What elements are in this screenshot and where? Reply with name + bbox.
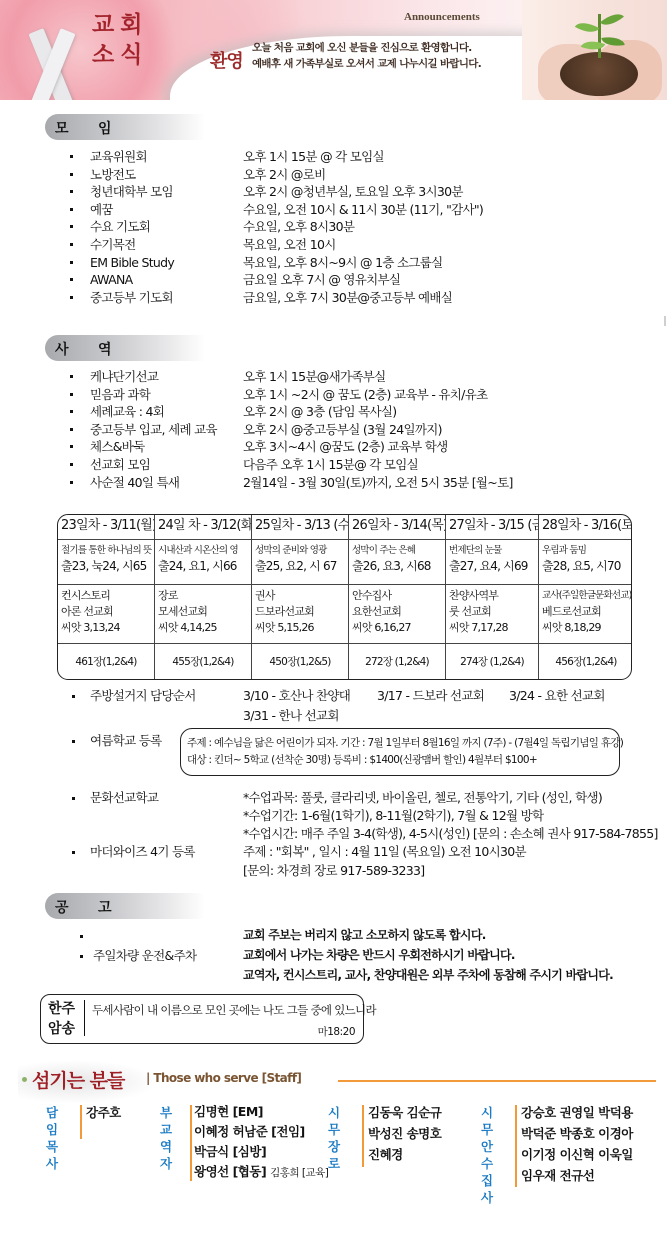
reading-ref: 출25, 요2, 시 67 [255,558,345,574]
table-header-cell: 26일차 - 3/14(목) [349,515,446,540]
label-line: 암송 [48,1019,80,1039]
table-header-cell: 24일 차 - 3/12(화) [155,515,252,540]
item-label: EM Bible Study [90,254,174,272]
seed-numbers: 씨앗 8,18,29 [542,620,630,636]
table-cell-leader: 안수집사요한선교회씨앗 6,16,27 [349,585,446,644]
staff-names: 김동욱 김순규 박성진 송명호 진혜경 [368,1102,441,1165]
leader-group: 드보라선교회 [255,604,345,620]
item-value: 오후 3시~4시 @꿈도 (2층) 교육부 학생 [243,438,448,456]
culture-school-line: *수업기간: 1-6월(1학기), 8-11월(2학기), 7월 & 12월 방… [243,806,543,824]
divider [80,1105,82,1139]
item-value: 오후 1시 15분 @ 각 모임실 [243,148,384,166]
bullet-icon [70,261,73,264]
bullet-icon [70,428,73,431]
item-label: 중고등부 기도회 [90,289,173,307]
reading-theme: 시내산과 시온산의 영 [158,543,248,558]
heading-char: 공 [55,897,69,917]
memory-verse-label: 한주 암송 [48,999,80,1039]
reading-ref: 출26, 요3, 시68 [352,558,442,574]
bullet-icon [70,278,73,281]
staff-subtitle: | Those who serve [Staff] [146,1071,301,1085]
staff-names: 김명현 [EM] 이혜정 허남준 [전임] 박금식 [심방] 왕영선 [협동]김… [194,1102,328,1183]
item-value: 수요일, 오후 8시30분 [243,218,354,236]
bullet-icon [70,393,73,396]
bullet-icon [72,797,75,800]
seed-numbers: 씨앗 7,17,28 [449,620,535,636]
divider [515,1105,517,1187]
table-cell-hymn: 274장 (1,2&4) [446,644,539,680]
reading-theme: 성막이 주는 은혜 [352,543,442,558]
item-label: 케냐단기선교 [90,368,158,386]
reading-ref: 출24, 요1, 시66 [158,558,248,574]
table-cell-hymn: 272장 (1,2&4) [349,644,446,680]
divider-line [338,1080,656,1082]
bullet-icon [72,851,75,854]
table-cell-reading: 시내산과 시온산의 영출24, 요1, 시66 [155,540,252,585]
header-banner: 교회 소식 Announcements 환영 오늘 처음 교회에 오신 분들을 … [0,0,667,100]
memory-verse-text: 두세사람이 내 이름으로 모인 곳에는 나도 그들 중에 있느니라 [92,1002,376,1018]
bullet-icon [70,208,73,211]
divider [190,1105,192,1181]
announcements-label: Announcements [404,11,480,23]
item-label: 세례교육 : 4회 [90,403,164,421]
heading-char: 고 [98,897,112,917]
table-header-cell: 27일차 - 3/15 (금) [446,515,539,540]
item-value: 금요일 오후 7시 @ 영유치부실 [243,271,400,289]
welcome-line-1: 오늘 처음 교회에 오신 분들을 진심으로 환영합니다. [252,40,481,56]
staff-names: 강주호 [86,1102,121,1123]
seedling-hands-image [522,0,667,100]
section-header-ministry: 사 역 [45,335,205,361]
table-cell-reading: 성막의 준비와 영광출25, 요2, 시 67 [252,540,349,585]
item-value: 2월14일 - 3월 30일(토)까지, 오전 5시 35분 [월~토] [243,474,513,492]
bullet-icon [70,155,73,158]
item-label: 중고등부 입교, 세례 교육 [90,421,217,439]
staff-title: 섬기는 분들 [32,1066,124,1093]
table-cell-leader: 장로모세선교회씨앗 4,14,25 [155,585,252,644]
item-label: 믿음과 과학 [90,386,150,404]
bullet-icon [70,243,73,246]
leader-group: 아론 선교회 [61,604,151,620]
scrollbar-marker[interactable] [664,316,666,326]
bullet-icon [70,445,73,448]
reading-theme: 절기를 통한 하나님의 뜻 [61,543,151,558]
kitchen-duty-entry: 3/24 - 요한 선교회 [509,686,605,704]
summer-school-line: 주제 : 예수님을 닮은 어린이가 되자. 기간 : 7월 1일부터 8월16일… [187,735,619,752]
divider [84,1000,85,1036]
welcome-line-2: 예배후 새 가족부실로 오셔서 교제 나누시길 바랍니다. [252,56,481,72]
leader-group: 룻 선교회 [449,604,535,620]
bullet-icon [70,173,73,176]
staff-role: 시 무장 로 [328,1104,341,1172]
item-value: 목요일, 오전 10시 [243,236,336,254]
bullet-dot-icon [22,1077,27,1082]
bullet-icon [80,935,83,938]
table-cell-leader: 컨시스토리아론 선교회씨앗 3,13,24 [58,585,155,644]
kitchen-duty-label: 주방설거지 담당순서 [90,686,196,704]
staff-names: 강승호 권영일 박덕용 박덕준 박종호 이경아 이기정 이신혁 이욱일 임우재 … [521,1102,633,1186]
item-label: 교육위원회 [90,148,147,166]
item-value: 다음주 오후 1시 15분@ 각 모임실 [243,456,418,474]
kitchen-duty-entry: 3/17 - 드보라 선교회 [377,686,484,704]
table-header-cell: 25일차 - 3/13 (수) [252,515,349,540]
reading-ref: 출27, 요4, 시69 [449,558,535,574]
leader-role: 교사(주일한글문화선교) [542,588,630,604]
item-value: 오후 2시 @ 3층 (담임 목사실) [243,403,396,421]
notice-line: 교역자, 컨시스트리, 교사, 찬양대원은 외부 주차에 동참해 주시기 바랍니… [243,966,613,983]
cross-decoration-icon [28,32,74,100]
leader-group: 모세선교회 [158,604,248,620]
reading-ref: 출28, 요5, 시70 [542,558,630,574]
item-label: 선교회 모임 [90,456,150,474]
label-line: 한주 [48,999,80,1019]
title-line-1: 교회 [92,10,152,40]
reading-theme: 우림과 둠밈 [542,543,630,558]
notice-line: 교회에서 나가는 차량은 반드시 우회전하시기 바랍니다. [243,946,515,963]
staff-role: 부교역자 [160,1104,173,1172]
table-cell-reading: 우림과 둠밈출28, 요5, 시70 [539,540,632,585]
heading-char: 역 [98,339,112,359]
item-value: 오후 2시 @청년부실, 토요일 오후 3시30분 [243,183,463,201]
leader-role: 컨시스토리 [61,588,151,604]
table-header-cell: 28일차 - 3/16(토) [539,515,632,540]
table-cell-leader: 권사드보라선교회씨앗 5,15,26 [252,585,349,644]
item-label: 사순절 40일 특새 [90,474,179,492]
reading-theme: 성막의 준비와 영광 [255,543,345,558]
item-label: 수기목전 [90,236,136,254]
item-value: 목요일, 오후 8시~9시 @ 1층 소그룹실 [243,254,442,272]
table-cell-hymn: 450장(1,2&5) [252,644,349,680]
item-label: 체스&바둑 [90,438,145,456]
welcome-message: 오늘 처음 교회에 오신 분들을 진심으로 환영합니다. 예배후 새 가족부실로… [252,40,481,72]
bullet-icon [72,695,75,698]
item-value: 오후 1시 ~2시 @ 꿈도 (2층) 교육부 - 유치/유초 [243,386,487,404]
welcome-word: 환영 [210,47,243,73]
seed-numbers: 씨앗 3,13,24 [61,620,151,636]
bullet-icon [70,296,73,299]
parking-label: 주일차량 운전&주차 [93,946,196,964]
item-value: 금요일, 오후 7시 30분@중고등부 예배실 [243,289,452,307]
title-line-2: 소식 [92,40,152,70]
leader-role: 장로 [158,588,248,604]
seed-numbers: 씨앗 6,16,27 [352,620,442,636]
table-cell-leader: 교사(주일한글문화선교)베드로선교회씨앗 8,18,29 [539,585,632,644]
notice-line: 교회 주보는 버리지 않고 소모하지 않도록 합시다. [243,926,486,943]
culture-school-line: *수업시간: 매주 주일 3-4(학생), 4-5시(성인) [문의 : 손소혜… [243,824,658,842]
seed-numbers: 씨앗 4,14,25 [158,620,248,636]
bullet-icon [70,410,73,413]
mothers-wise-label: 마더와이즈 4기 등록 [90,842,195,860]
memory-verse-reference: 마18:20 [318,1024,355,1039]
summer-school-label: 여름학교 등록 [90,731,162,749]
bullet-icon [70,225,73,228]
item-label: 노방전도 [90,166,136,184]
divider [362,1105,364,1167]
bullet-icon [70,463,73,466]
item-value: 수요일, 오전 10시 & 11시 30분 (11기, "감사") [243,201,483,219]
seed-numbers: 씨앗 5,15,26 [255,620,345,636]
mothers-wise-line: [문의: 차경희 장로 917-589-3233] [243,861,424,879]
item-label: 청년대학부 모임 [90,183,173,201]
table-cell-leader: 찬양사역부룻 선교회씨앗 7,17,28 [446,585,539,644]
leader-group: 베드로선교회 [542,604,630,620]
item-label: AWANA [90,271,133,289]
table-cell-hymn: 456장(1,2&4) [539,644,632,680]
staff-role: 시 무안 수집 사 [481,1104,494,1206]
kitchen-duty-entry: 3/10 - 호산나 찬양대 [243,686,350,704]
culture-school-line: *수업과목: 풀룻, 클라리넷, 바이올린, 첼로, 전통악기, 기타 (성인,… [243,788,602,806]
kitchen-duty-entry: 3/31 - 한나 선교회 [243,706,339,724]
table-cell-hymn: 461장(1,2&4) [58,644,155,680]
staff-section-header: 섬기는 분들 | Those who serve [Staff] [18,1066,658,1092]
bullet-icon [80,955,83,958]
lent-reading-table: 23일차 - 3/11(월) 24일 차 - 3/12(화) 25일차 - 3/… [57,514,632,680]
table-cell-reading: 절기를 통한 하나님의 뜻출23, 눅24, 시65 [58,540,155,585]
item-label: 예꿈 [90,201,113,219]
leader-role: 권사 [255,588,345,604]
heading-char: 모 [55,118,69,138]
item-value: 오후 1시 15분@새가족부실 [243,368,385,386]
section-header-notices: 공 고 [45,893,205,919]
table-header-cell: 23일차 - 3/11(월) [58,515,155,540]
table-cell-reading: 성막이 주는 은혜출26, 요3, 시68 [349,540,446,585]
bullet-icon [72,740,75,743]
section-header-meetings: 모 임 [45,114,205,140]
table-cell-hymn: 455장(1,2&4) [155,644,252,680]
reading-theme: 번제단의 눈물 [449,543,535,558]
page-title: 교회 소식 [92,10,152,70]
leader-role: 찬양사역부 [449,588,535,604]
item-value: 오후 2시 @중고등부실 (3월 24일까지) [243,421,442,439]
item-value: 오후 2시 @로비 [243,166,325,184]
mothers-wise-line: 주제 : "회복" , 일시 : 4월 11일 (목요일) 오전 10시30분 [243,842,526,860]
summer-school-line: 대상 : 킨더~ 5학교 (선착순 30명) 등록비 : $1400(신광맴버 … [187,752,619,769]
bullet-icon [70,481,73,484]
leader-role: 안수집사 [352,588,442,604]
bullet-icon [70,190,73,193]
memory-verse-box: 한주 암송 두세사람이 내 이름으로 모인 곳에는 나도 그들 중에 있느니라 … [40,994,364,1044]
summer-school-details: 주제 : 예수님을 닮은 어린이가 되자. 기간 : 7월 1일부터 8월16일… [180,728,620,776]
table-cell-reading: 번제단의 눈물출27, 요4, 시69 [446,540,539,585]
heading-char: 사 [55,339,69,359]
staff-role: 담 임목 사 [46,1104,59,1172]
reading-ref: 출23, 눅24, 시65 [61,558,151,574]
item-label: 수요 기도회 [90,218,150,236]
heading-char: 임 [98,118,112,138]
culture-school-label: 문화선교학교 [90,788,158,806]
bullet-icon [70,375,73,378]
leader-group: 요한선교회 [352,604,442,620]
